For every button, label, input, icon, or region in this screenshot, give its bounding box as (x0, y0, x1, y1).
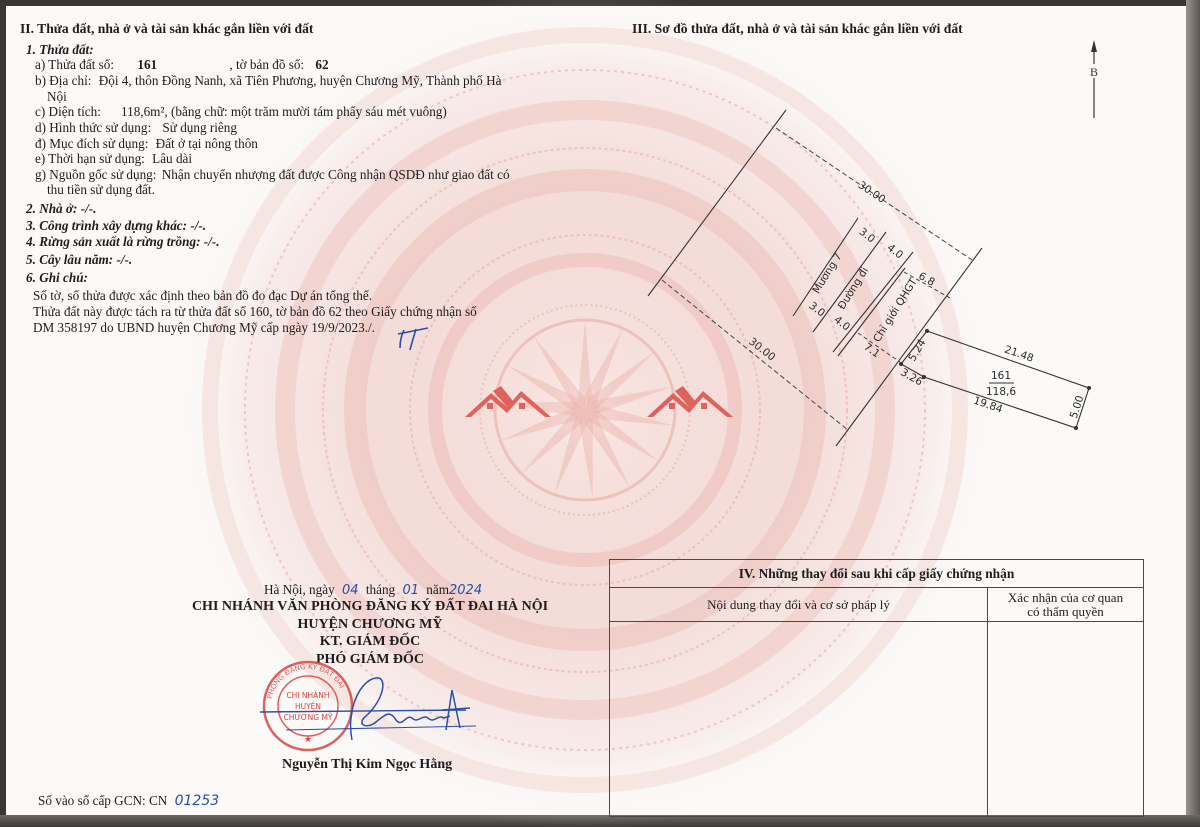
date-prefix: Hà Nội, ngày (264, 582, 335, 597)
date-year: 2024 (449, 583, 482, 598)
section4-heading: IV. Những thay đổi sau khi cấp giấy chứn… (610, 560, 1144, 588)
svg-text:30.00: 30.00 (856, 179, 888, 206)
house-logo-icon (647, 385, 735, 419)
changes-content-cell (610, 622, 988, 817)
registry-line: Số vào sổ cấp GCN: CN 01253 (38, 793, 219, 809)
date-year-label: năm (426, 582, 449, 597)
role-line1: KT. GIÁM ĐỐC (170, 633, 570, 651)
signer-name: Nguyễn Thị Kim Ngọc Hằng (282, 757, 452, 773)
office-line1: CHI NHÁNH VĂN PHÒNG ĐĂNG KÝ ĐẤT ĐAI HÀ N… (170, 598, 570, 616)
svg-text:Đường đi: Đường đi (836, 265, 871, 312)
svg-text:B: B (1090, 65, 1098, 79)
date-month-label: tháng (366, 582, 395, 597)
date-day: 04 (342, 583, 359, 598)
svg-text:5.00: 5.00 (1068, 394, 1087, 420)
issuing-office: CHI NHÁNH VĂN PHÒNG ĐĂNG KÝ ĐẤT ĐAI HÀ N… (170, 598, 570, 668)
changes-table: IV. Những thay đổi sau khi cấp giấy chứn… (609, 559, 1144, 817)
svg-text:3.26: 3.26 (898, 366, 925, 388)
role-line2: PHÓ GIÁM ĐỐC (170, 651, 570, 669)
house-logo-icon (465, 385, 553, 419)
office-line2: HUYỆN CHƯƠNG MỸ (170, 616, 570, 634)
svg-text:21.48: 21.48 (1003, 344, 1035, 365)
svg-text:Mương 7: Mương 7 (810, 251, 844, 296)
svg-text:4.0: 4.0 (832, 314, 853, 334)
col-header-approval-line2: có thẩm quyền (988, 605, 1143, 619)
north-arrow-icon: B (1088, 40, 1100, 118)
col-header-approval: Xác nhận của cơ quan có thẩm quyền (988, 588, 1144, 622)
svg-text:161: 161 (991, 370, 1011, 382)
svg-text:6.8: 6.8 (916, 270, 936, 289)
svg-text:3.0: 3.0 (857, 226, 878, 246)
date-line: Hà Nội, ngày 04 tháng 01 năm2024 (264, 582, 482, 599)
date-month: 01 (402, 583, 419, 598)
svg-text:Chỉ giới QHGT: Chỉ giới QHGT (871, 276, 920, 345)
svg-text:118,6: 118,6 (986, 386, 1016, 398)
approval-content-cell (988, 622, 1144, 817)
registry-number: 01253 (175, 793, 220, 809)
col-header-approval-line1: Xác nhận của cơ quan (988, 591, 1143, 605)
svg-text:5.24: 5.24 (906, 337, 928, 364)
col-header-changes: Nội dung thay đổi và cơ sở pháp lý (610, 588, 988, 622)
svg-text:4.0: 4.0 (885, 242, 906, 262)
signature-mark (256, 670, 486, 750)
svg-text:30.00: 30.00 (746, 336, 777, 364)
parcel-diagram: B 30.00 30.00 Mương 7 3.0 3.0 Đường đi 4… (0, 0, 1200, 560)
registry-label: Số vào sổ cấp GCN: CN (38, 793, 167, 808)
